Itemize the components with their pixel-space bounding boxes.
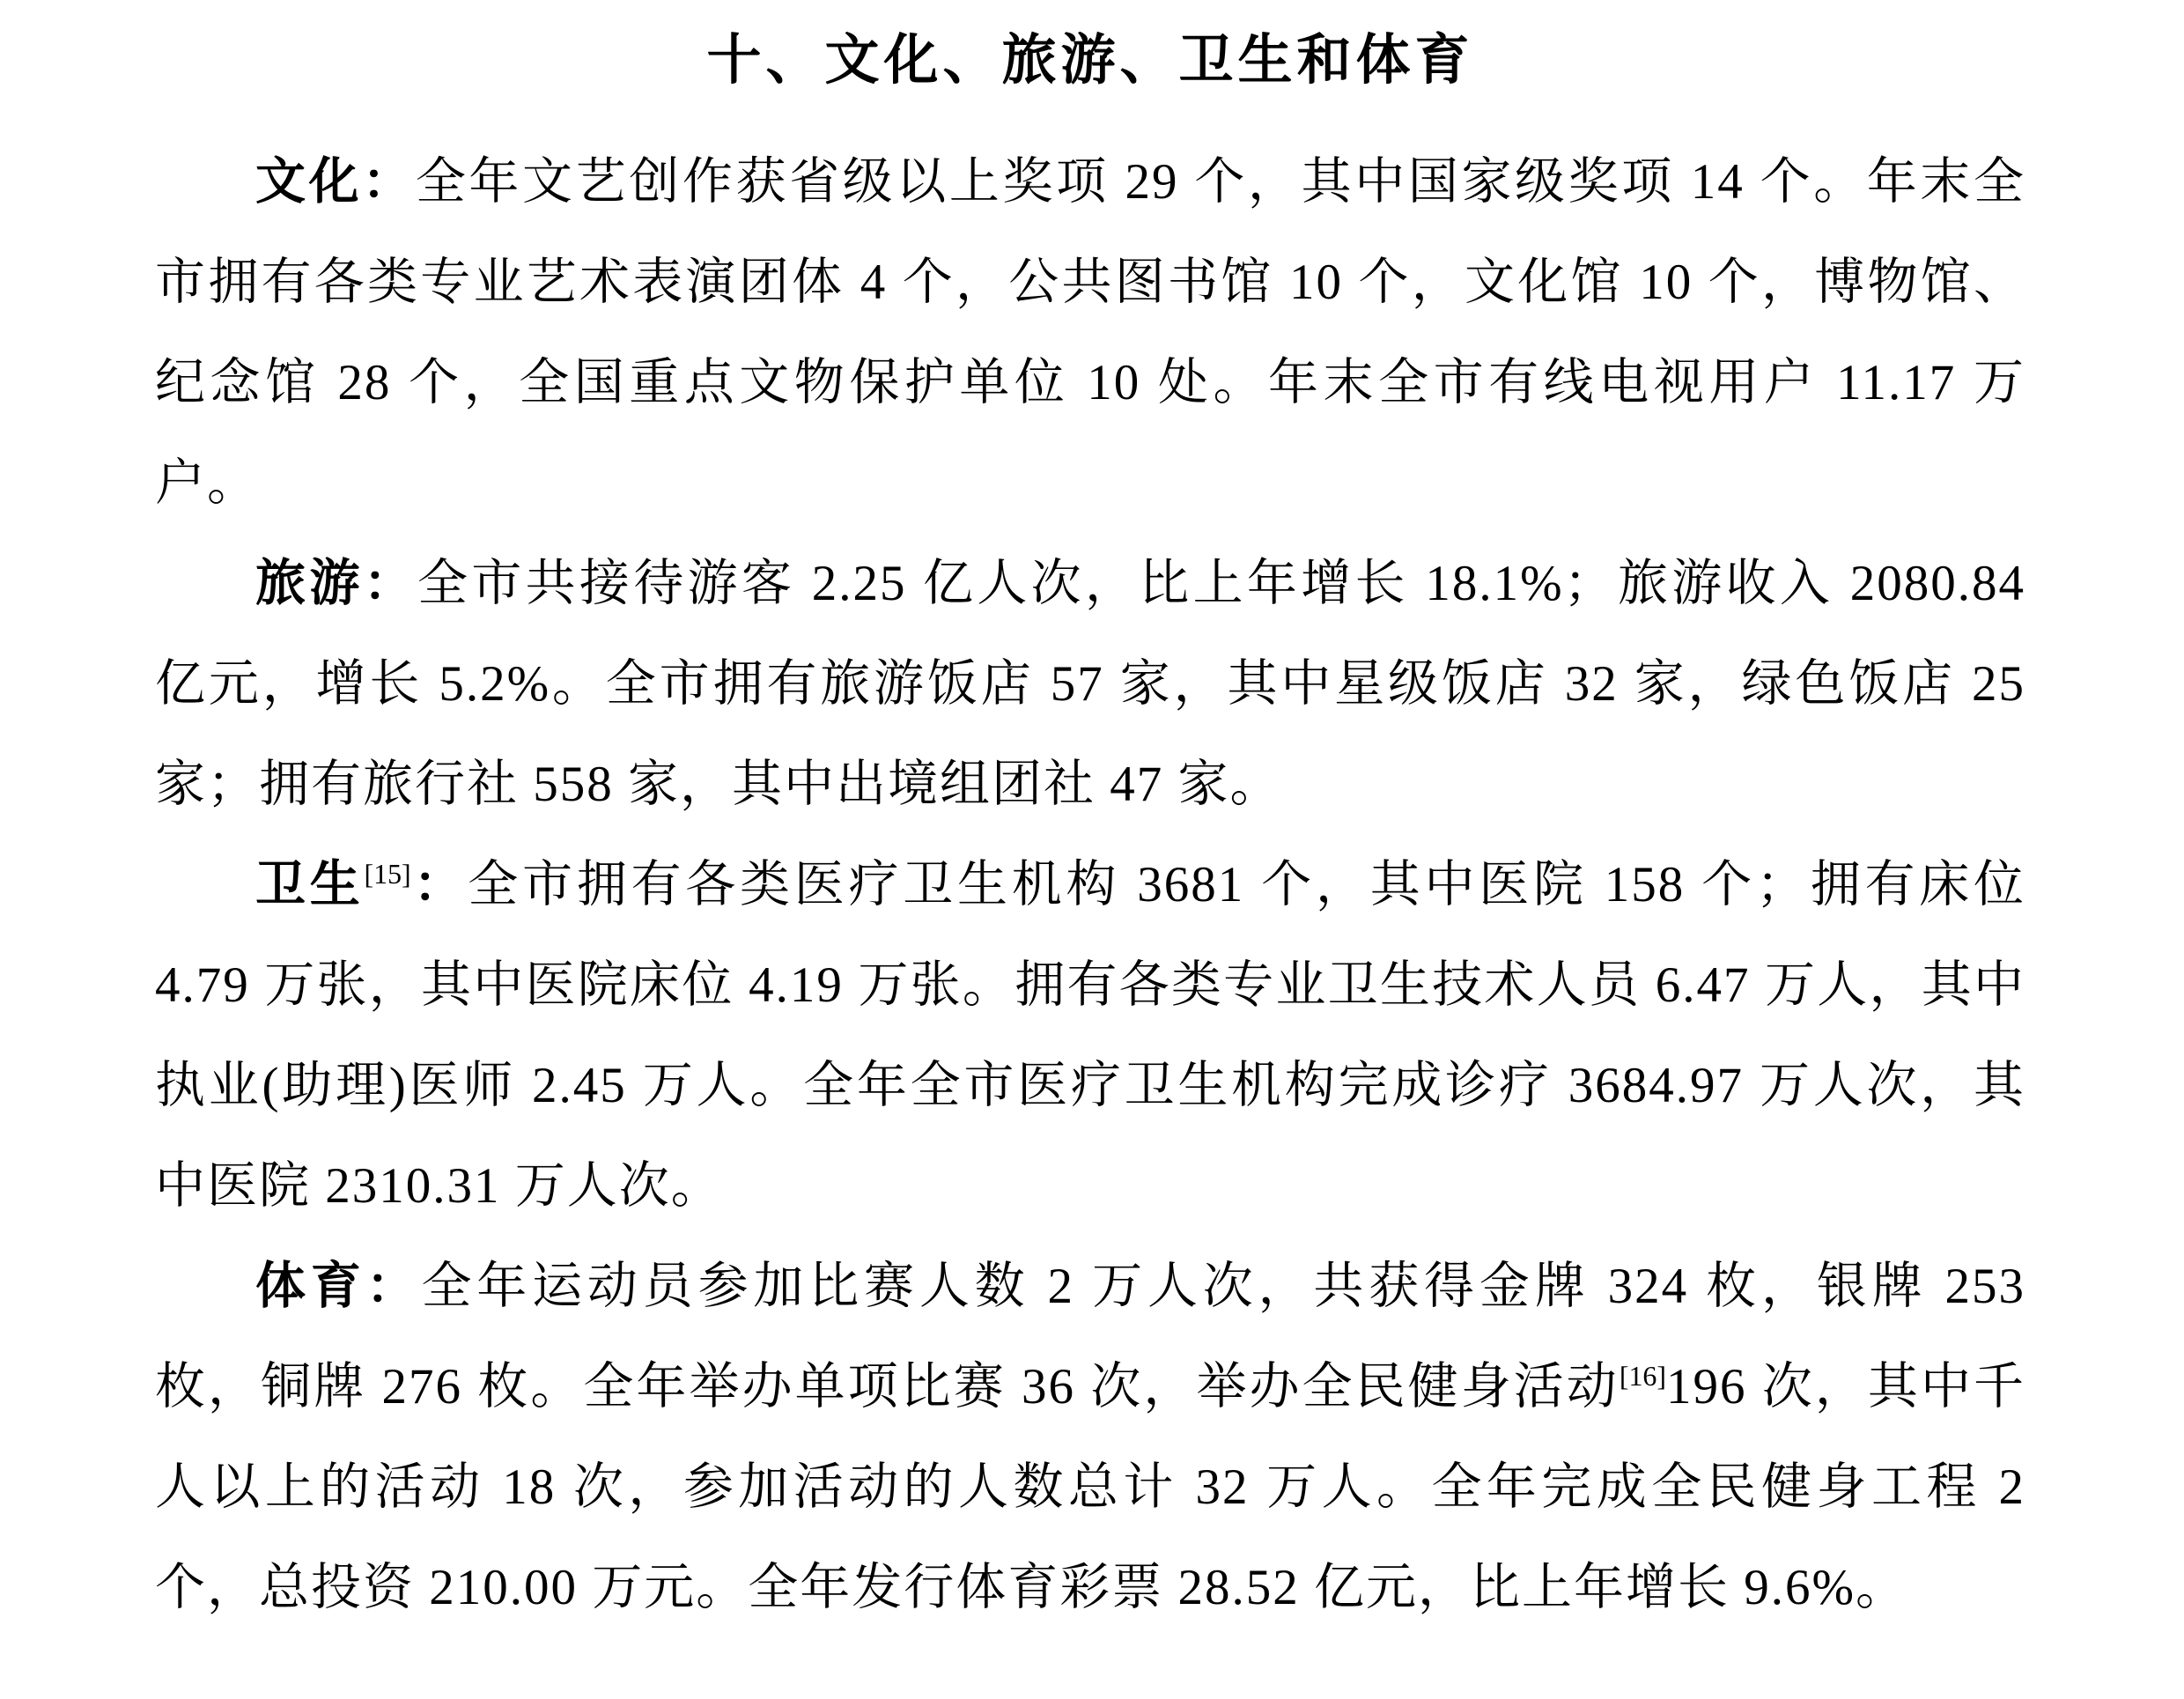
tourism-label: 旅游： bbox=[255, 556, 417, 611]
paragraph-tourism: 旅游：全市共接待游客 2.25 亿人次，比上年增长 18.1%；旅游收入 208… bbox=[155, 534, 2025, 835]
health-label-colon: ： bbox=[411, 857, 469, 912]
sports-label: 体育： bbox=[255, 1259, 421, 1314]
paragraph-health: 卫生[15]：全市拥有各类医疗卫生机构 3681 个，其中医院 158 个；拥有… bbox=[155, 835, 2025, 1237]
document-page: 十、文化、旅游、卫生和体育 文化：全年文艺创作获省级以上奖项 29 个，其中国家… bbox=[0, 0, 2184, 1699]
culture-label: 文化： bbox=[255, 154, 416, 210]
paragraph-sports: 体育：全年运动员参加比赛人数 2 万人次，共获得金牌 324 枚，银牌 253 … bbox=[155, 1237, 2025, 1638]
culture-text: 全年文艺创作获省级以上奖项 29 个，其中国家级奖项 14 个。年末全市拥有各类… bbox=[155, 154, 2025, 511]
paragraph-culture: 文化：全年文艺创作获省级以上奖项 29 个，其中国家级奖项 14 个。年末全市拥… bbox=[155, 132, 2025, 534]
footnote-ref-15: [15] bbox=[365, 859, 411, 890]
section-title: 十、文化、旅游、卫生和体育 bbox=[155, 18, 2025, 102]
tourism-text: 全市共接待游客 2.25 亿人次，比上年增长 18.1%；旅游收入 2080.8… bbox=[155, 556, 2025, 812]
health-label: 卫生 bbox=[255, 857, 365, 912]
footnote-ref-16: [16] bbox=[1620, 1361, 1666, 1392]
